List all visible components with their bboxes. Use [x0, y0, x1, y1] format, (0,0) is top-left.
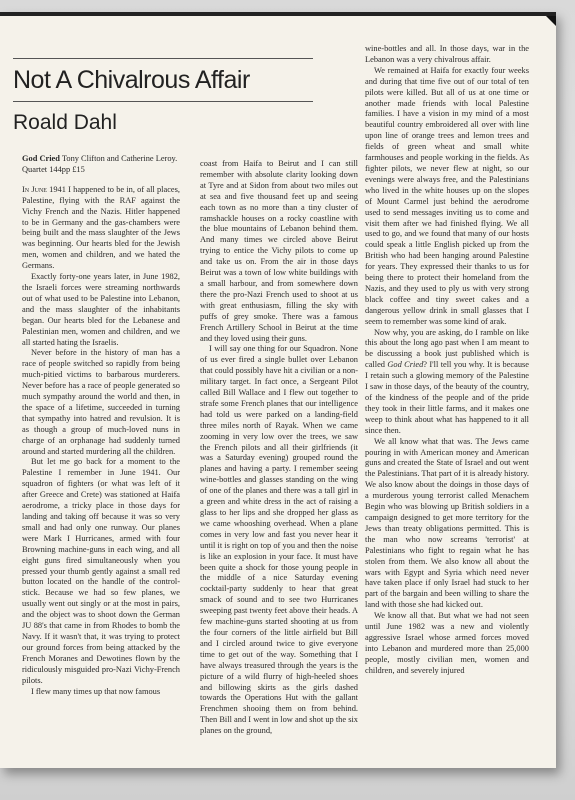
paragraph: Never before in the history of man has a… [22, 348, 180, 457]
paragraph: coast from Haifa to Beirut and I can sti… [200, 159, 358, 344]
article-author: Roald Dahl [13, 111, 117, 135]
paragraph: We all know what that was. The Jews came… [365, 437, 529, 612]
paragraph: We know all that. But what we had not se… [365, 611, 529, 676]
title-rule-bottom [13, 101, 313, 102]
review-reference: God Cried Tony Clifton and Catherine Ler… [22, 154, 180, 176]
title-rule-top [13, 58, 313, 59]
paragraph: I will say one thing for our Squadron. N… [200, 344, 358, 737]
paragraph: We remained at Haifa for exactly four we… [365, 66, 529, 328]
lead-in: In June [22, 185, 47, 194]
publisher-info: Quartet 144pp £15 [22, 165, 180, 176]
text-column-1: God Cried Tony Clifton and Catherine Ler… [22, 154, 180, 697]
paragraph: Now why, you are asking, do I ramble on … [365, 328, 529, 437]
paragraph: wine-bottles and all. In those days, war… [365, 44, 529, 66]
paragraph: But let me go back for a moment to the P… [22, 457, 180, 686]
article-title: Not A Chivalrous Affair [13, 66, 250, 95]
reviewed-book-title: God Cried [22, 154, 60, 163]
paragraph: Exactly forty-one years later, in June 1… [22, 272, 180, 348]
paragraph: In June 1941 I happened to be in, of all… [22, 185, 180, 272]
text-column-2: coast from Haifa to Beirut and I can sti… [200, 159, 358, 737]
magazine-page: Not A Chivalrous Affair Roald Dahl God C… [0, 12, 556, 768]
text-column-3: wine-bottles and all. In those days, war… [365, 44, 529, 677]
reviewed-book-authors: Tony Clifton and Catherine Leroy. [62, 154, 177, 163]
paragraph: I flew many times up that now famous [22, 687, 180, 698]
page-corner-mark [546, 16, 556, 26]
book-title-italic: God Cried [387, 360, 423, 369]
